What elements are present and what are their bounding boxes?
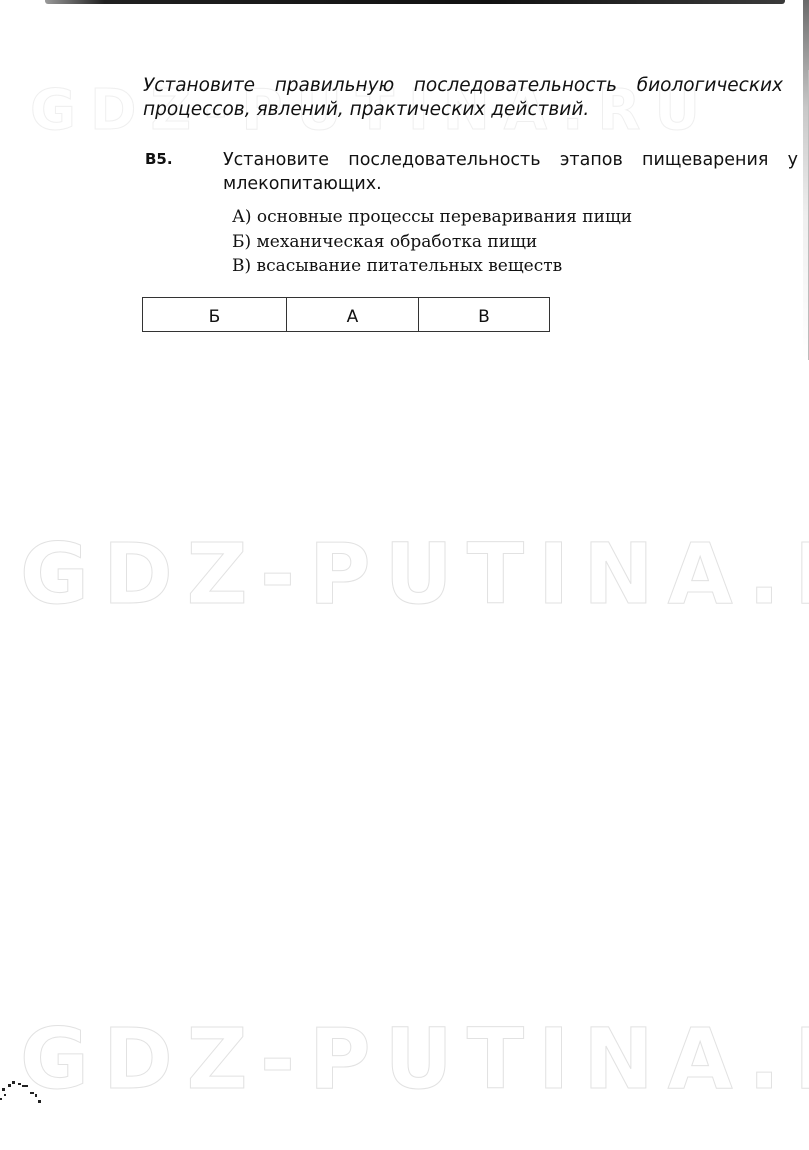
scan-artifact-scribble [0, 1078, 70, 1118]
answer-table: Б А В [142, 297, 550, 332]
option-b: Б) механическая обработка пищи [232, 230, 632, 255]
section-instruction: Установите правильную последовательность… [143, 74, 783, 122]
option-v: В) всасывание питательных веществ [232, 254, 632, 279]
option-a: А) основные процессы переваривания пищи [232, 205, 632, 230]
question-text: Установите последовательность этапов пищ… [223, 148, 798, 196]
answer-cell-2: А [287, 298, 419, 332]
answer-cell-1: Б [143, 298, 287, 332]
page-top-edge-shadow [45, 0, 785, 4]
watermark-bottom: GDZ-PUTINA.RU [20, 1010, 809, 1108]
answer-row: Б А В [143, 298, 550, 332]
watermark-middle: GDZ-PUTINA.RU [20, 525, 809, 623]
answer-cell-3: В [419, 298, 550, 332]
question-options: А) основные процессы переваривания пищи … [232, 205, 632, 279]
question-number: В5. [145, 150, 173, 168]
